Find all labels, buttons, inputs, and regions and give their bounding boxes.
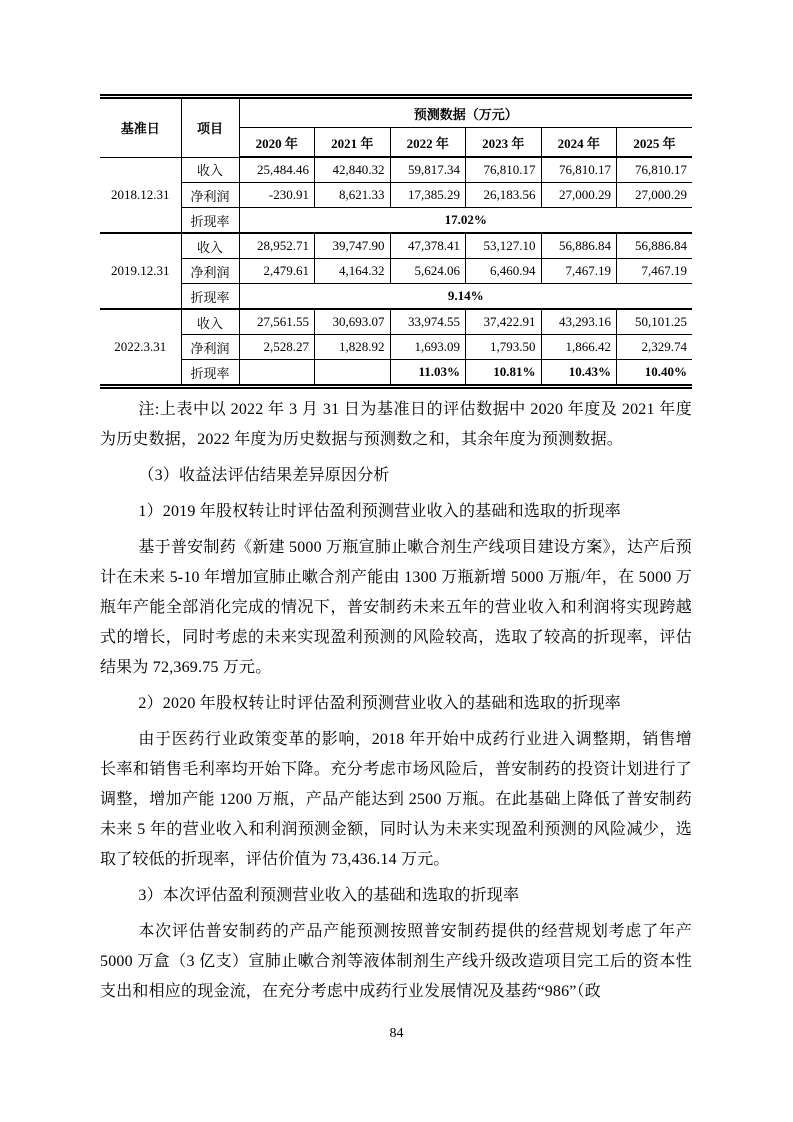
- table-cell: 28,952.71: [239, 233, 315, 259]
- table-row: 折现率 9.14%: [100, 284, 692, 310]
- table-row: 2019.12.31 收入 28,952.71 39,747.90 47,378…: [100, 233, 692, 259]
- table-cell: 26,183.56: [466, 183, 542, 208]
- header-year-2025: 2025 年: [617, 128, 693, 158]
- table-cell: 27,000.29: [617, 183, 693, 208]
- table-row: 净利润 -230.91 8,621.33 17,385.29 26,183.56…: [100, 183, 692, 208]
- item2-heading: 2）2020 年股权转让时评估盈利预测营业收入的基础和选取的折现率: [100, 689, 692, 719]
- table-row: 折现率 11.03% 10.81% 10.43% 10.40%: [100, 360, 692, 387]
- item3-heading: 3）本次评估盈利预测营业收入的基础和选取的折现率: [100, 881, 692, 911]
- row-label-revenue: 收入: [181, 233, 239, 259]
- page-number: 84: [0, 1026, 793, 1042]
- table-cell: 56,886.84: [617, 233, 693, 259]
- discount-rate-cell: [239, 360, 315, 387]
- table-cell: 47,378.41: [390, 233, 466, 259]
- row-label-discount-rate: 折现率: [181, 360, 239, 387]
- table-cell: 1,693.09: [390, 335, 466, 360]
- table-cell: 7,467.19: [617, 259, 693, 284]
- table-cell: 2,329.74: [617, 335, 693, 360]
- table-cell: 1,793.50: [466, 335, 542, 360]
- table-cell: 7,467.19: [541, 259, 617, 284]
- item2-body: 由于医药行业政策变革的影响，2018 年开始中成药行业进入调整期，销售增长率和销…: [100, 725, 692, 875]
- row-label-revenue: 收入: [181, 157, 239, 183]
- table-cell: 33,974.55: [390, 309, 466, 335]
- header-year-2021: 2021 年: [315, 128, 391, 158]
- header-base-date: 基准日: [100, 97, 181, 158]
- table-cell: 17,385.29: [390, 183, 466, 208]
- row-label-net-profit: 净利润: [181, 259, 239, 284]
- table-cell: 39,747.90: [315, 233, 391, 259]
- table-cell: 27,561.55: [239, 309, 315, 335]
- base-date-cell: 2019.12.31: [100, 233, 181, 309]
- discount-rate-cell: 17.02%: [239, 208, 692, 234]
- base-date-cell: 2018.12.31: [100, 157, 181, 233]
- table-cell: 76,810.17: [466, 157, 542, 183]
- table-row: 2022.3.31 收入 27,561.55 30,693.07 33,974.…: [100, 309, 692, 335]
- table-cell: 50,101.25: [617, 309, 693, 335]
- discount-rate-cell: 9.14%: [239, 284, 692, 310]
- table-row: 净利润 2,479.61 4,164.32 5,624.06 6,460.94 …: [100, 259, 692, 284]
- row-label-net-profit: 净利润: [181, 183, 239, 208]
- table-cell: 2,528.27: [239, 335, 315, 360]
- table-cell: 1,828.92: [315, 335, 391, 360]
- row-label-net-profit: 净利润: [181, 335, 239, 360]
- discount-rate-cell: 10.40%: [617, 360, 693, 387]
- header-year-2023: 2023 年: [466, 128, 542, 158]
- discount-rate-cell: 10.81%: [466, 360, 542, 387]
- table-cell: 5,624.06: [390, 259, 466, 284]
- table-cell: 2,479.61: [239, 259, 315, 284]
- header-forecast-group: 预测数据（万元）: [239, 97, 692, 128]
- table-cell: 43,293.16: [541, 309, 617, 335]
- table-cell: 4,164.32: [315, 259, 391, 284]
- table-cell: 76,810.17: [617, 157, 693, 183]
- table-cell: 53,127.10: [466, 233, 542, 259]
- table-row: 折现率 17.02%: [100, 208, 692, 234]
- item1-body: 基于普安制药《新建 5000 万瓶宣肺止嗽合剂生产线项目建设方案》，达产后预计在…: [100, 533, 692, 683]
- discount-rate-cell: 10.43%: [541, 360, 617, 387]
- table-cell: 56,886.84: [541, 233, 617, 259]
- document-page: 基准日 项目 预测数据（万元） 2020 年 2021 年 2022 年 202…: [0, 0, 793, 1122]
- table-cell: 30,693.07: [315, 309, 391, 335]
- row-label-discount-rate: 折现率: [181, 208, 239, 234]
- item3-body: 本次评估普安制药的产品产能预测按照普安制药提供的经营规划考虑了年产 5000 万…: [100, 917, 692, 1007]
- table-cell: -230.91: [239, 183, 315, 208]
- table-cell: 8,621.33: [315, 183, 391, 208]
- table-row: 净利润 2,528.27 1,828.92 1,693.09 1,793.50 …: [100, 335, 692, 360]
- table-cell: 27,000.29: [541, 183, 617, 208]
- table-cell: 42,840.32: [315, 157, 391, 183]
- header-year-2022: 2022 年: [390, 128, 466, 158]
- discount-rate-cell: 11.03%: [390, 360, 466, 387]
- row-label-revenue: 收入: [181, 309, 239, 335]
- table-cell: 59,817.34: [390, 157, 466, 183]
- table-cell: 25,484.46: [239, 157, 315, 183]
- header-item: 项目: [181, 97, 239, 158]
- table-cell: 76,810.17: [541, 157, 617, 183]
- table-cell: 1,866.42: [541, 335, 617, 360]
- table-cell: 6,460.94: [466, 259, 542, 284]
- header-year-2024: 2024 年: [541, 128, 617, 158]
- table-note: 注:上表中以 2022 年 3 月 31 日为基准日的评估数据中 2020 年度…: [100, 395, 692, 455]
- forecast-table: 基准日 项目 预测数据（万元） 2020 年 2021 年 2022 年 202…: [100, 94, 692, 389]
- item1-heading: 1）2019 年股权转让时评估盈利预测营业收入的基础和选取的折现率: [100, 497, 692, 527]
- base-date-cell: 2022.3.31: [100, 309, 181, 387]
- page-content: 基准日 项目 预测数据（万元） 2020 年 2021 年 2022 年 202…: [100, 94, 692, 1013]
- discount-rate-cell: [315, 360, 391, 387]
- table-cell: 37,422.91: [466, 309, 542, 335]
- header-year-2020: 2020 年: [239, 128, 315, 158]
- table-row: 2018.12.31 收入 25,484.46 42,840.32 59,817…: [100, 157, 692, 183]
- section3-heading: （3）收益法评估结果差异原因分析: [100, 461, 692, 491]
- row-label-discount-rate: 折现率: [181, 284, 239, 310]
